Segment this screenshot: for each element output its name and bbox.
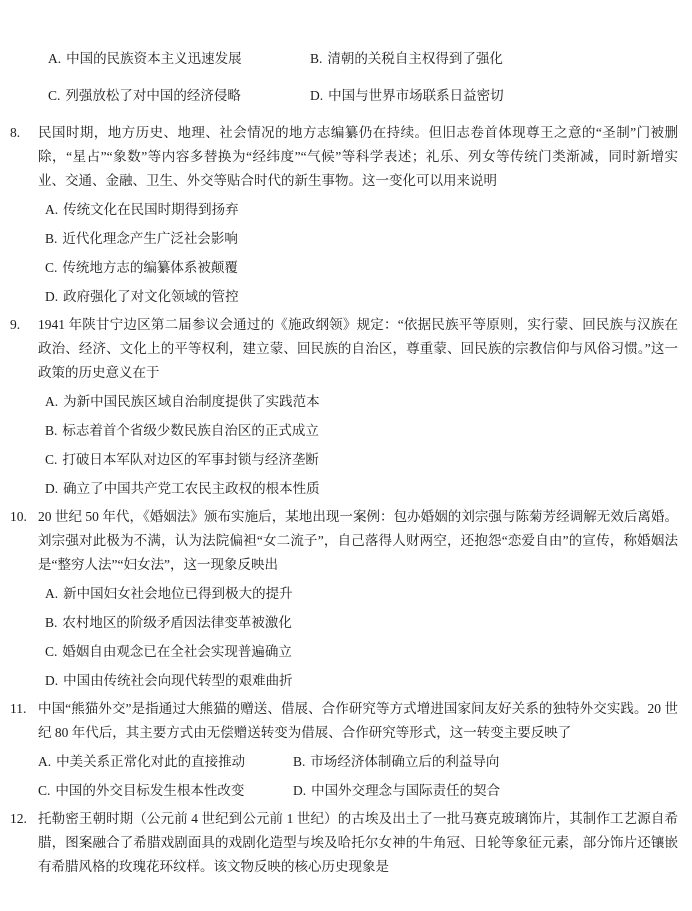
option-a-text: 新中国妇女社会地位已得到极大的提升 [63, 586, 293, 601]
option-d: D.中国与世界市场联系日益密切 [310, 84, 504, 108]
option-c-text: 中国的外交目标发生根本性改变 [55, 783, 244, 798]
option-b: B.市场经济体制确立后的利益导向 [293, 750, 499, 774]
option-c-text: 列强放松了对中国的经济侵略 [65, 88, 241, 103]
option-c-label: C. [45, 260, 57, 275]
option-d-label: D. [45, 289, 58, 304]
option-a-text: 传统文化在民国时期得到扬弃 [63, 202, 239, 217]
question-8-stem: 民国时期，地方历史、地理、社会情况的地方志编纂仍在持续。但旧志卷首体现尊王之意的… [38, 121, 678, 193]
option-d-text: 中国外交理念与国际责任的契合 [311, 783, 500, 798]
question-8-number: 8. [10, 121, 20, 145]
option-c: C.打破日本军队对边区的军事封锁与经济垄断 [45, 448, 678, 472]
option-b-label: B. [310, 51, 322, 66]
question-10: 10. 20 世纪 50 年代，《婚姻法》颁布实施后，某地出现一案例：包办婚姻的… [10, 505, 678, 693]
option-b-label: B. [45, 423, 57, 438]
exam-page: A.中国的民族资本主义迅速发展 B.清朝的关税自主权得到了强化 C.列强放松了对… [0, 0, 692, 911]
option-c-text: 打破日本军队对边区的军事封锁与经济垄断 [62, 452, 319, 467]
option-d: D.确立了中国共产党工农民主政权的根本性质 [45, 477, 678, 501]
option-d-label: D. [293, 783, 306, 798]
option-d: D.政府强化了对文化领域的管控 [45, 285, 678, 309]
option-c-label: C. [45, 452, 57, 467]
option-c: C.中国的外交目标发生根本性改变 [38, 779, 293, 803]
option-d-text: 确立了中国共产党工农民主政权的根本性质 [63, 481, 320, 496]
option-row-ab: A.中美关系正常化对此的直接推动 B.市场经济体制确立后的利益导向 [38, 750, 678, 774]
option-b-label: B. [293, 754, 305, 769]
option-b-label: B. [45, 231, 57, 246]
option-c-label: C. [48, 88, 60, 103]
option-a-label: A. [38, 754, 51, 769]
question-9-options: A.为新中国民族区域自治制度提供了实践范本 B.标志着首个省级少数民族自治区的正… [45, 390, 678, 501]
option-b: B.清朝的关税自主权得到了强化 [310, 47, 503, 71]
question-11-number: 11. [10, 697, 26, 721]
question-7-options: A.中国的民族资本主义迅速发展 B.清朝的关税自主权得到了强化 C.列强放松了对… [10, 47, 678, 108]
option-c-label: C. [45, 644, 57, 659]
option-c: C.列强放松了对中国的经济侵略 [48, 84, 310, 108]
option-a: A.中国的民族资本主义迅速发展 [48, 47, 310, 71]
question-8-options: A.传统文化在民国时期得到扬弃 B.近代化理念产生广泛社会影响 C.传统地方志的… [45, 198, 678, 309]
question-12-stem: 托勒密王朝时期（公元前 4 世纪到公元前 1 世纪）的古埃及出土了一批马赛克玻璃… [38, 807, 678, 879]
option-b-text: 市场经济体制确立后的利益导向 [310, 754, 499, 769]
option-d-text: 政府强化了对文化领域的管控 [63, 289, 239, 304]
option-a-label: A. [45, 394, 58, 409]
option-c-text: 婚姻自由观念已在全社会实现普遍确立 [62, 644, 292, 659]
option-a-label: A. [48, 51, 61, 66]
option-d-label: D. [45, 673, 58, 688]
option-d-label: D. [310, 88, 323, 103]
option-d: D.中国由传统社会向现代转型的艰难曲折 [45, 669, 678, 693]
question-12-number: 12. [10, 807, 27, 831]
option-a-label: A. [45, 202, 58, 217]
question-9-stem: 1941 年陕甘宁边区第二届参议会通过的《施政纲领》规定：“依据民族平等原则，实… [38, 313, 678, 385]
option-a-text: 中国的民族资本主义迅速发展 [66, 51, 242, 66]
question-10-stem: 20 世纪 50 年代，《婚姻法》颁布实施后，某地出现一案例：包办婚姻的刘宗强与… [38, 505, 678, 577]
option-a: A.传统文化在民国时期得到扬弃 [45, 198, 678, 222]
option-b-text: 近代化理念产生广泛社会影响 [62, 231, 238, 246]
option-a-label: A. [45, 586, 58, 601]
option-b-label: B. [45, 615, 57, 630]
option-a: A.为新中国民族区域自治制度提供了实践范本 [45, 390, 678, 414]
option-d-text: 中国由传统社会向现代转型的艰难曲折 [63, 673, 293, 688]
option-row-cd: C.中国的外交目标发生根本性改变 D.中国外交理念与国际责任的契合 [38, 779, 678, 803]
option-row-ab: A.中国的民族资本主义迅速发展 B.清朝的关税自主权得到了强化 [48, 47, 678, 71]
question-10-number: 10. [10, 505, 27, 529]
question-11-options: A.中美关系正常化对此的直接推动 B.市场经济体制确立后的利益导向 C.中国的外… [38, 750, 678, 803]
option-a: A.新中国妇女社会地位已得到极大的提升 [45, 582, 678, 606]
option-d-text: 中国与世界市场联系日益密切 [328, 88, 504, 103]
option-c-label: C. [38, 783, 50, 798]
option-c-text: 传统地方志的编纂体系被颠覆 [62, 260, 238, 275]
question-11: 11. 中国“熊猫外交”是指通过大熊猫的赠送、借展、合作研究等方式增进国家间友好… [10, 697, 678, 803]
option-b: B.近代化理念产生广泛社会影响 [45, 227, 678, 251]
option-c: C.婚姻自由观念已在全社会实现普遍确立 [45, 640, 678, 664]
option-d-label: D. [45, 481, 58, 496]
option-b-text: 标志着首个省级少数民族自治区的正式成立 [62, 423, 319, 438]
option-b-text: 农村地区的阶级矛盾因法律变革被激化 [62, 615, 292, 630]
option-a: A.中美关系正常化对此的直接推动 [38, 750, 293, 774]
question-9-number: 9. [10, 313, 20, 337]
option-a-text: 为新中国民族区域自治制度提供了实践范本 [63, 394, 320, 409]
option-a-text: 中美关系正常化对此的直接推动 [56, 754, 245, 769]
option-b: B.农村地区的阶级矛盾因法律变革被激化 [45, 611, 678, 635]
question-9: 9. 1941 年陕甘宁边区第二届参议会通过的《施政纲领》规定：“依据民族平等原… [10, 313, 678, 501]
option-row-cd: C.列强放松了对中国的经济侵略 D.中国与世界市场联系日益密切 [48, 84, 678, 108]
question-11-stem: 中国“熊猫外交”是指通过大熊猫的赠送、借展、合作研究等方式增进国家间友好关系的独… [38, 697, 678, 745]
option-b: B.标志着首个省级少数民族自治区的正式成立 [45, 419, 678, 443]
question-10-options: A.新中国妇女社会地位已得到极大的提升 B.农村地区的阶级矛盾因法律变革被激化 … [45, 582, 678, 693]
option-b-text: 清朝的关税自主权得到了强化 [327, 51, 503, 66]
option-c: C.传统地方志的编纂体系被颠覆 [45, 256, 678, 280]
question-8: 8. 民国时期，地方历史、地理、社会情况的地方志编纂仍在持续。但旧志卷首体现尊王… [10, 121, 678, 309]
question-12: 12. 托勒密王朝时期（公元前 4 世纪到公元前 1 世纪）的古埃及出土了一批马… [10, 807, 678, 879]
option-d: D.中国外交理念与国际责任的契合 [293, 779, 500, 803]
